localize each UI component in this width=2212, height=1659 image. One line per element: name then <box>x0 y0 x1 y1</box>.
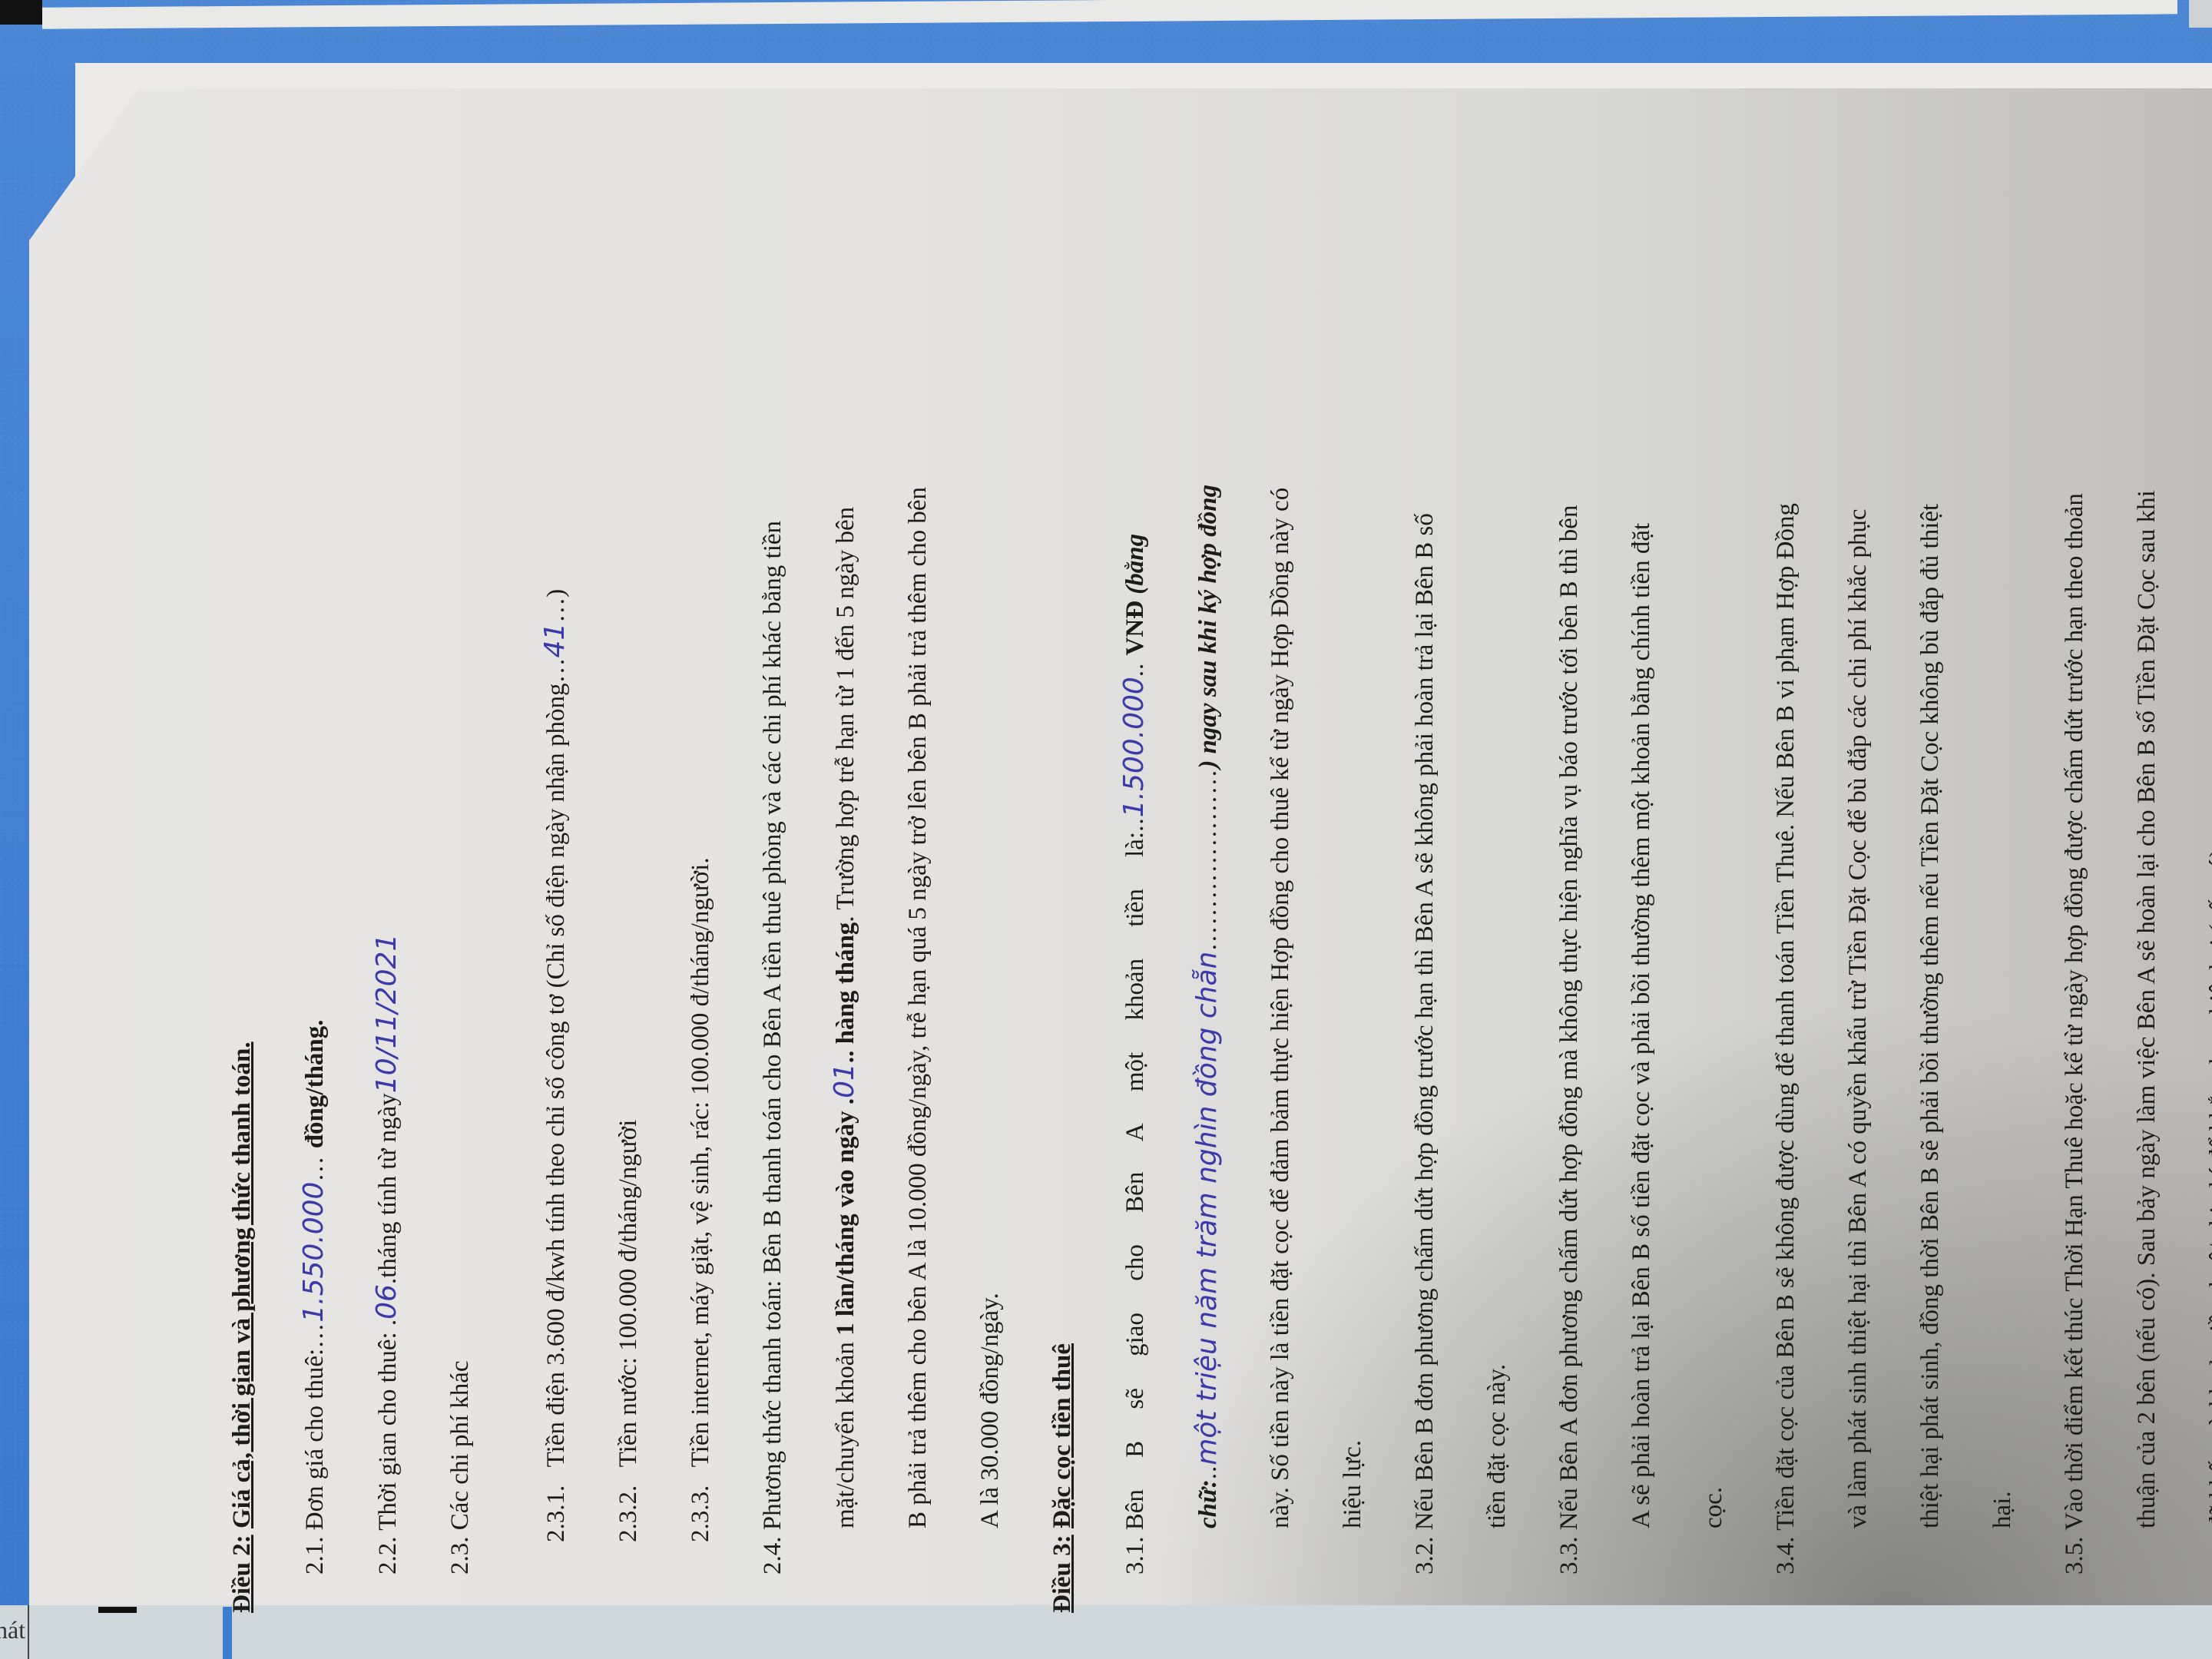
item-3-1: 3.1. Bên B sẽ giao cho Bên A một khoản t… <box>1115 108 1372 1613</box>
handwritten-meter: 41 <box>539 623 571 658</box>
item-3-3: 3.3. Nếu Bên A đơn phương chấm dứt hợp đ… <box>1550 108 1733 1613</box>
item-2-3-1: 2.3.1. Tiền điện 3.600 đ/kwh tính theo c… <box>536 108 575 1613</box>
handwritten-deposit-words: một triệu năm trăm nghìn đồng chẵn <box>1191 952 1223 1465</box>
item-3-4: 3.4. Tiền đặt cọc của Bên B sẽ không đượ… <box>1767 108 2022 1613</box>
item-2-3-3: 2.3.3. Tiền internet, máy giặt, vệ sinh,… <box>681 108 720 1613</box>
handwritten-price: 1.550.000 <box>298 1182 329 1323</box>
item-2-3: 2.3. Các chi phí khác <box>441 108 479 1613</box>
blue-edge <box>223 1607 232 1659</box>
underlying-sheet <box>0 1605 2212 1659</box>
item-3-5: 3.5. Vào thời điểm kết thúc Thời Hạn Thu… <box>2055 108 2212 1613</box>
edge-label: hát <box>0 1616 25 1644</box>
item-3-2: 3.2. Nếu Bên B đơn phương chấm dứt hợp đ… <box>1406 108 1516 1613</box>
item-2-4: 2.4. Phương thức thanh toán: Bên B thanh… <box>753 108 1009 1613</box>
article-3-heading: Điều 3: Đặc cọc tiền thuê <box>1043 108 1081 1613</box>
item-2-3-2: 2.3.2. Tiền nước: 100.000 đ/tháng/người <box>609 108 647 1613</box>
handwritten-pay-day: 01 <box>829 1063 860 1098</box>
handwritten-deposit: 1.500.000 <box>1118 677 1150 817</box>
contract-text: Điều 2: Giá cả, thời gian và phương thức… <box>223 108 1989 1613</box>
dark-edge <box>0 0 42 25</box>
handwritten-months: 06 <box>371 1284 402 1320</box>
handwritten-start-date: 10/11/2021 <box>371 934 402 1094</box>
table-line <box>28 1605 29 1659</box>
right-edge <box>2189 0 2212 28</box>
article-2-heading: Điều 2: Giá cả, thời gian và phương thức… <box>223 108 261 1613</box>
item-2-2: 2.2. Thời gian cho thuê: .06.tháng tính … <box>368 108 407 1613</box>
mark <box>98 1607 137 1613</box>
item-2-1: 2.1. Đơn giá cho thuê:…1.550.000… đồng/t… <box>295 108 334 1613</box>
